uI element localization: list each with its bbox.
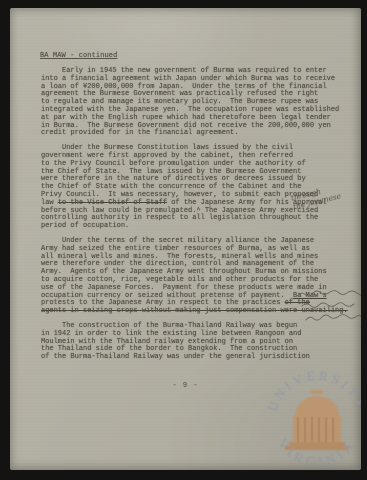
document-header: BA MAW - continued bbox=[40, 52, 117, 60]
rotunda-icon bbox=[285, 390, 349, 450]
illegible-handwriting-squiggle bbox=[296, 288, 361, 334]
paper-sheet: BA MAW - continued Early in 1945 the new… bbox=[10, 8, 361, 470]
university-of-virginia-seal-stamp: UNIVERSITY VIRGINIA bbox=[255, 360, 361, 470]
paragraph: Early in 1945 the new government of Burm… bbox=[41, 68, 343, 138]
scanned-document-page: { "document": { "header": "BA MAW - cont… bbox=[0, 0, 367, 480]
paragraph: Under the Burmese Constitution laws issu… bbox=[41, 145, 343, 231]
